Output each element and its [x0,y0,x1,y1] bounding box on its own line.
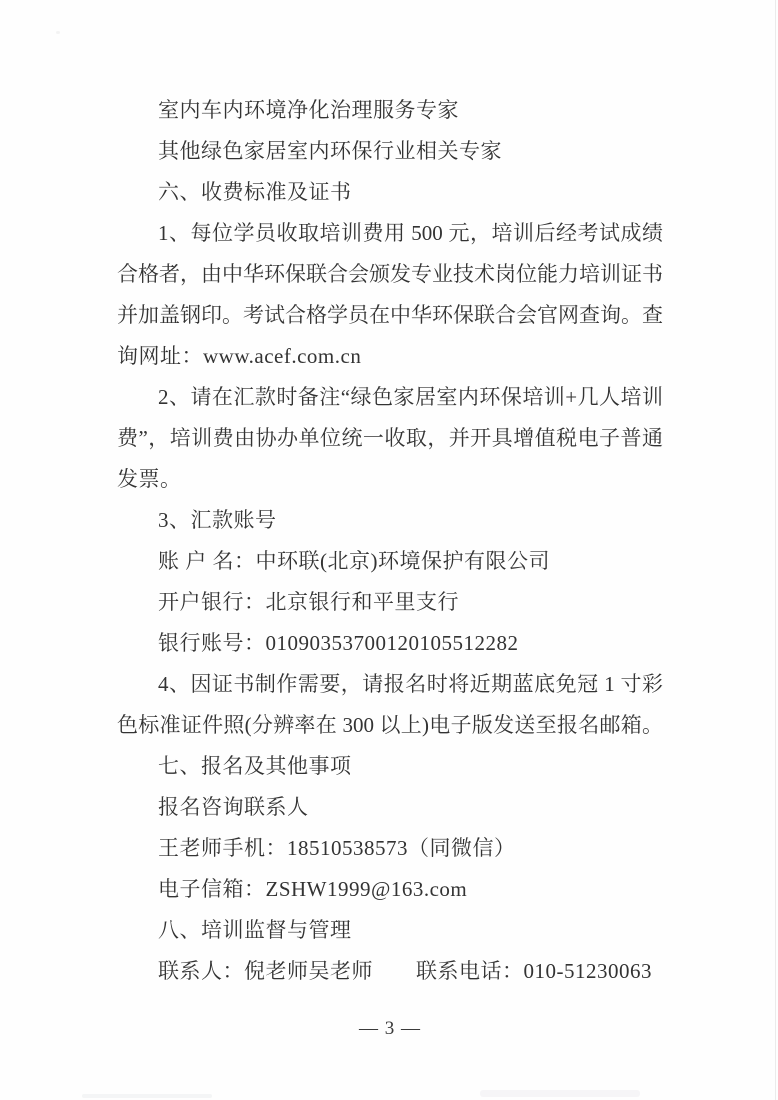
scan-artifact-dot [56,31,60,34]
document-body: 室内车内环境净化治理服务专家其他绿色家居室内环保行业相关专家六、收费标准及证书1… [117,90,663,992]
page-number: — 3 — [117,1012,663,1046]
scan-artifact-smudge [82,1094,212,1098]
document-line: 王老师手机：18510538573（同微信） [117,828,663,869]
document-line: 开户银行：北京银行和平里支行 [117,582,663,623]
document-line: 2、请在汇款时备注“绿色家居室内环保培训+几人培训 [117,377,663,418]
document-line: 色标准证件照(分辨率在 300 以上)电子版发送至报名邮箱。 [117,705,663,746]
scan-artifact-smudge [480,1090,640,1097]
document-line: 合格者，由中华环保联合会颁发专业技术岗位能力培训证书 [117,254,663,295]
document-line: 联系人：倪老师吴老师 联系电话：010-51230063 [117,951,663,992]
document-line: 银行账号：01090353700120105512282 [117,623,663,664]
document-line: 1、每位学员收取培训费用 500 元，培训后经考试成绩 [117,213,663,254]
document-line: 室内车内环境净化治理服务专家 [117,90,663,131]
document-line: 账 户 名：中环联(北京)环境保护有限公司 [117,541,663,582]
document-line: 电子信箱：ZSHW1999@163.com [117,869,663,910]
scanned-document-page: 室内车内环境净化治理服务专家其他绿色家居室内环保行业相关专家六、收费标准及证书1… [0,0,778,1100]
scan-edge-artifact [775,0,776,1100]
document-line: 报名咨询联系人 [117,787,663,828]
document-line: 七、报名及其他事项 [117,746,663,787]
document-line: 询网址：www.acef.com.cn [117,336,663,377]
document-line: 发票。 [117,459,663,500]
document-line: 其他绿色家居室内环保行业相关专家 [117,131,663,172]
document-line: 八、培训监督与管理 [117,910,663,951]
document-line: 费”，培训费由协办单位统一收取，并开具增值税电子普通 [117,418,663,459]
document-line: 并加盖钢印。考试合格学员在中华环保联合会官网查询。查 [117,295,663,336]
document-line: 六、收费标准及证书 [117,172,663,213]
document-line: 4、因证书制作需要，请报名时将近期蓝底免冠 1 寸彩 [117,664,663,705]
document-line: 3、汇款账号 [117,500,663,541]
